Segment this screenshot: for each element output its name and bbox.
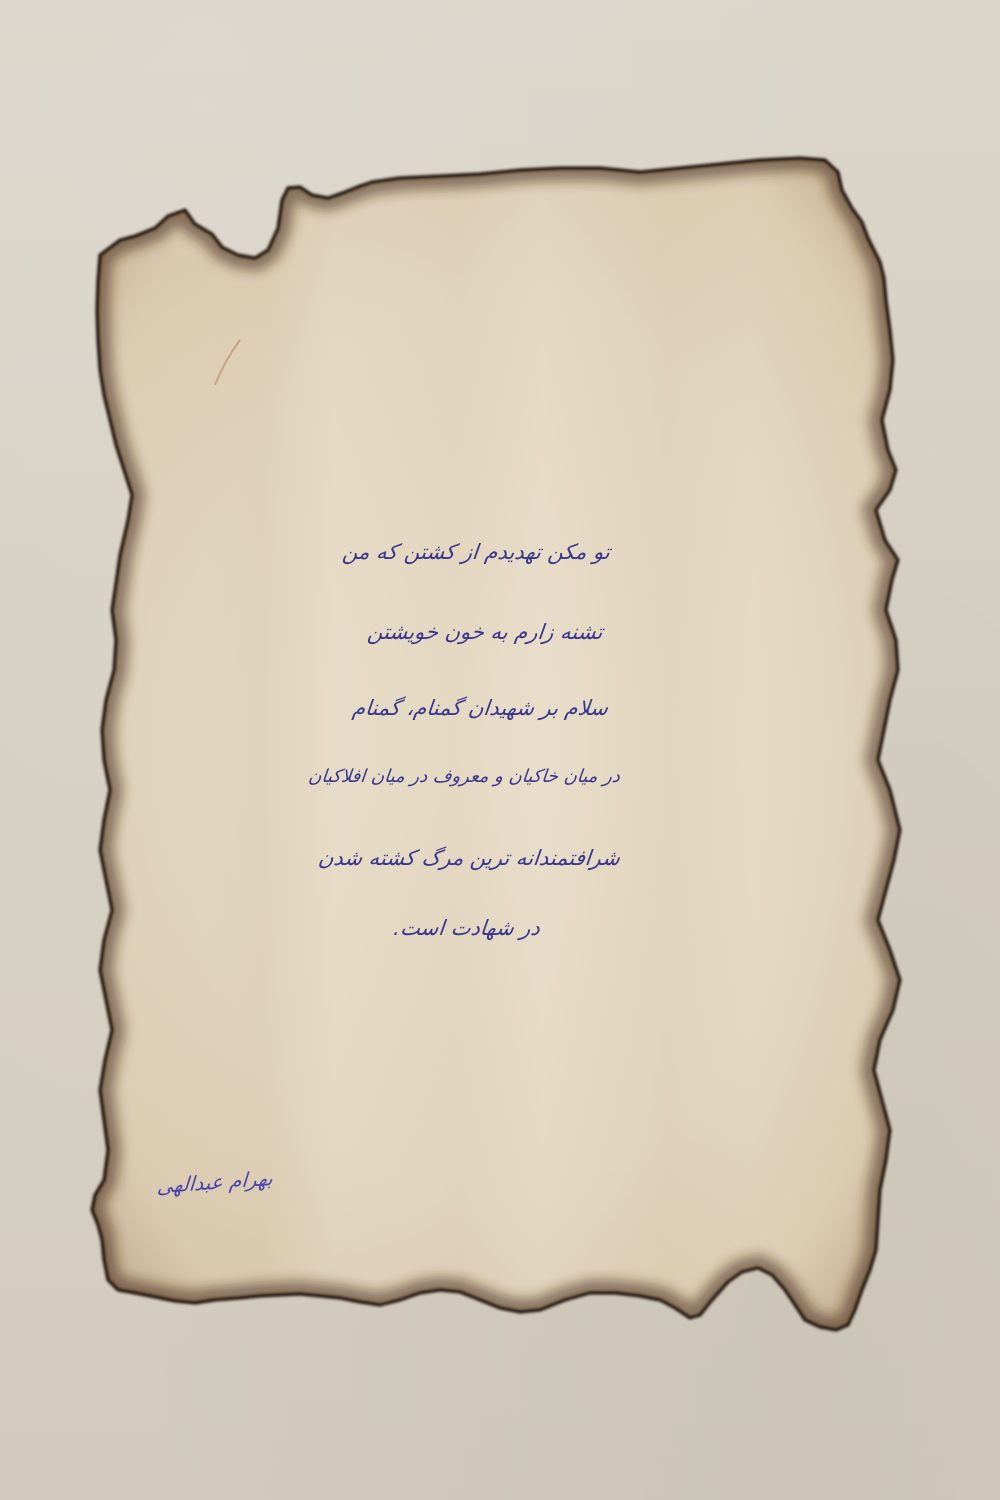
poem-line-5: شرافتمندانه ترین مرگ کشته شدن bbox=[369, 846, 622, 870]
poem-line-3: سلام بر شهیدان گمنام، گمنام bbox=[367, 696, 610, 720]
author-signature: بهرام عبدالهی bbox=[149, 1165, 280, 1198]
poem-text-layer: تو مکن تهدیدم از کشتن که من تشنه زارم به… bbox=[0, 0, 1000, 1500]
poem-line-6: در شهادت است. bbox=[419, 916, 542, 940]
poem-line-2: تشنه زارم به خون خویشتن bbox=[364, 620, 607, 644]
poem-line-4: در میان خاکیان و معروف در میان افلاکیان bbox=[349, 766, 621, 787]
poem-line-1: تو مکن تهدیدم از کشتن که من bbox=[359, 540, 612, 564]
